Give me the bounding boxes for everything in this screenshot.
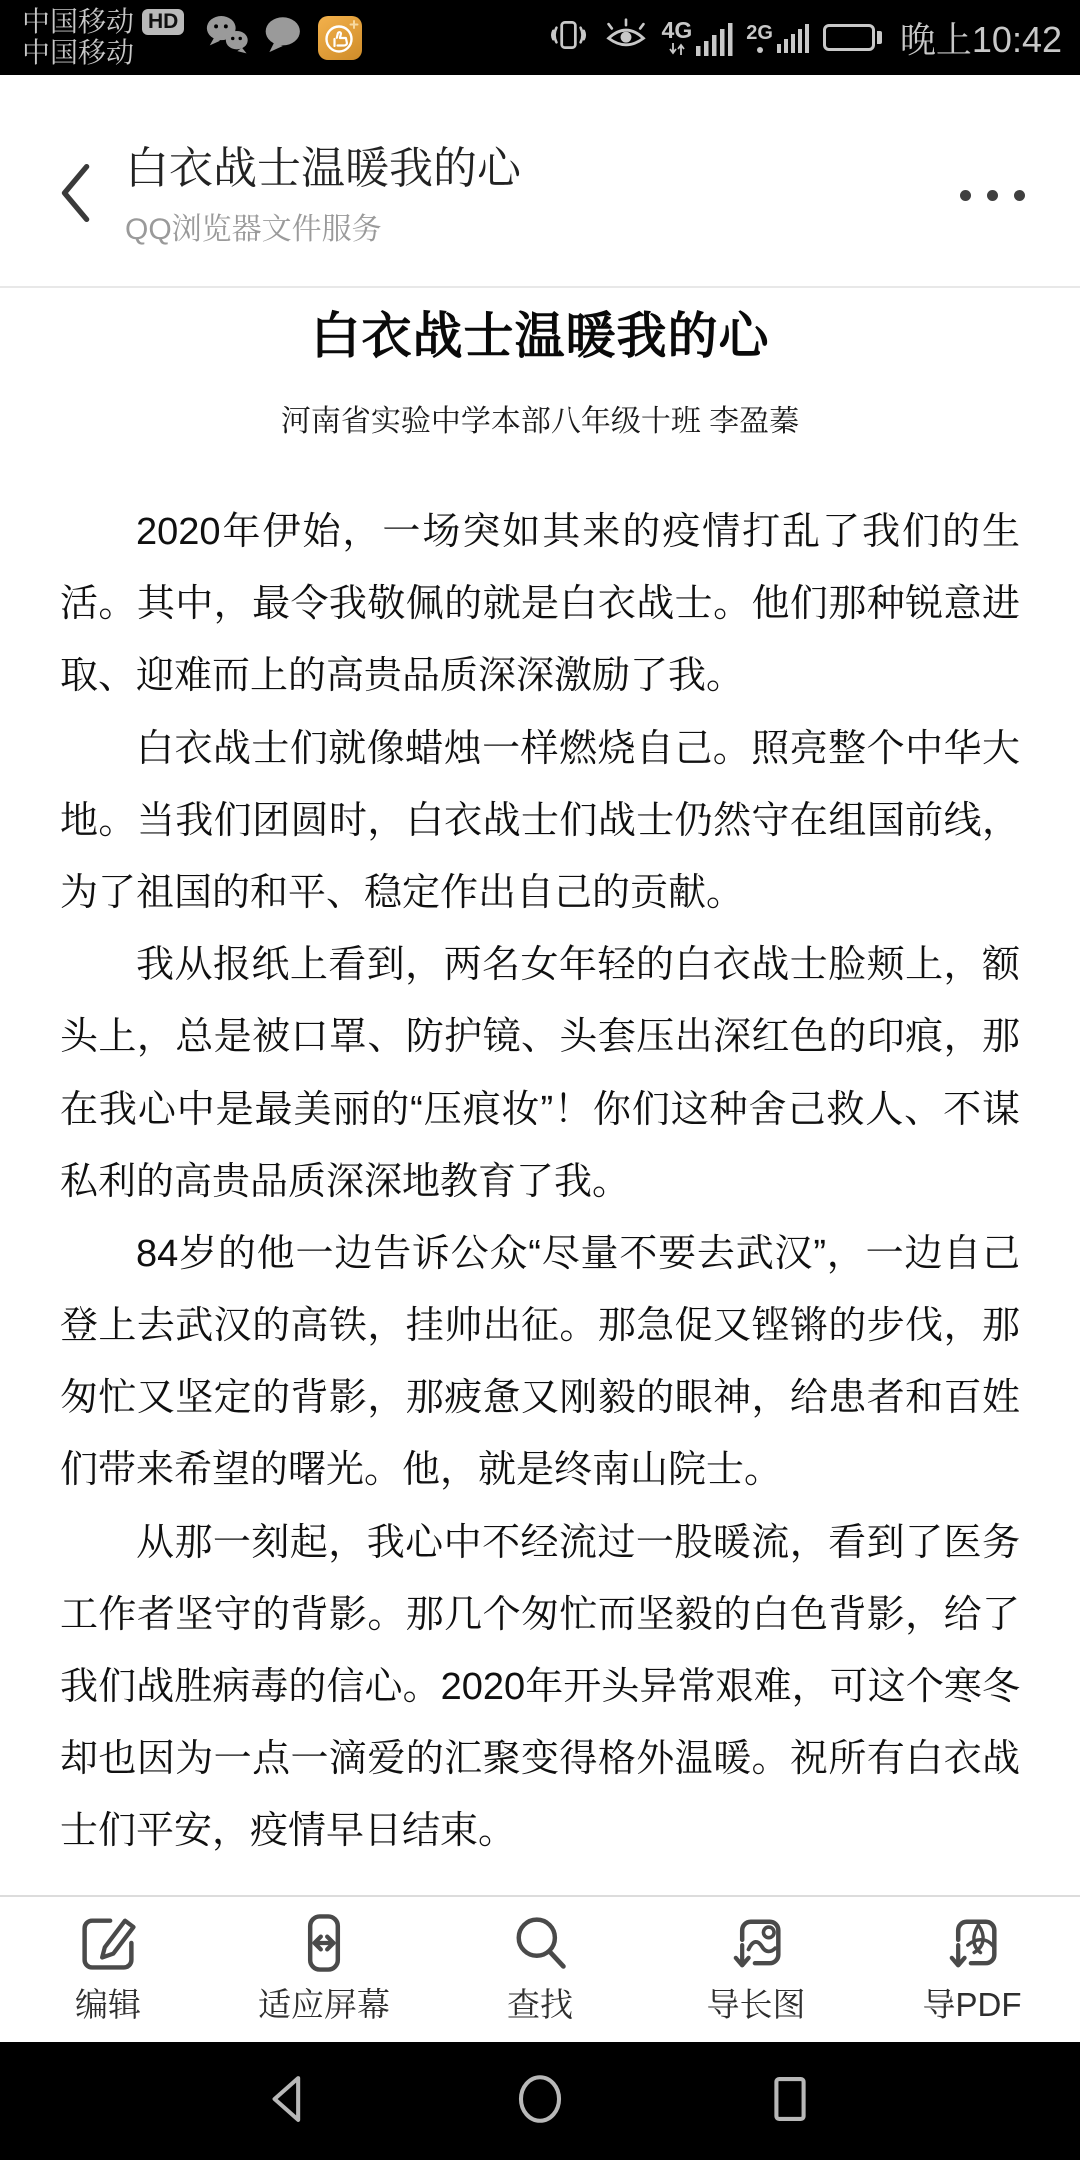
document-body: 2020年伊始，一场突如其来的疫情打乱了我们的生活。其中，最令我敬佩的就是白衣战… bbox=[60, 496, 1020, 1868]
nav-recents-button[interactable] bbox=[758, 2069, 822, 2133]
android-nav-bar bbox=[0, 2042, 1080, 2160]
recents-square-icon bbox=[761, 2070, 819, 2133]
fit-screen-icon bbox=[290, 1909, 358, 1977]
paragraph: 白衣战士们就像蜡烛一样燃烧自己。照亮整个中华大地。当我们团圆时，白衣战士们战士仍… bbox=[60, 713, 1020, 930]
paragraph: 我从报纸上看到，两名女年轻的白衣战士脸颊上，额头上，总是被口罩、防护镜、头套压出… bbox=[60, 929, 1020, 1218]
home-circle-icon bbox=[511, 2070, 569, 2133]
edit-icon bbox=[74, 1909, 142, 1977]
back-button[interactable] bbox=[55, 156, 99, 236]
paragraph: 2020年伊始，一场突如其来的疫情打乱了我们的生活。其中，最令我敬佩的就是白衣战… bbox=[60, 496, 1020, 713]
carrier-name-2: 中国移动 bbox=[22, 38, 184, 69]
edit-button[interactable]: 编辑 bbox=[0, 1897, 216, 2042]
document-viewer[interactable]: 白衣战士温暖我的心 河南省实验中学本部八年级十班 李盈蓁 2020年伊始，一场突… bbox=[0, 288, 1080, 1895]
phone-screen: 中国移动 HD 中国移动 bbox=[0, 0, 1080, 2160]
export-long-image-icon bbox=[722, 1909, 790, 1977]
nav-home-button[interactable] bbox=[508, 2069, 572, 2133]
tool-label: 适应屏幕 bbox=[258, 1979, 390, 2026]
back-chevron-icon bbox=[55, 152, 93, 239]
document-title: 白衣战士温暖我的心 bbox=[60, 296, 1020, 368]
back-triangle-icon bbox=[261, 2070, 319, 2133]
status-bar: 中国移动 HD 中国移动 bbox=[0, 0, 1080, 75]
orange-app-icon bbox=[318, 16, 362, 60]
nav-back-button[interactable] bbox=[258, 2069, 322, 2133]
battery-icon bbox=[823, 24, 882, 51]
more-dots-icon bbox=[960, 190, 971, 201]
app-header: 白衣战士温暖我的心 QQ浏览器文件服务 bbox=[0, 75, 1080, 288]
tool-label: 导PDF bbox=[923, 1979, 1022, 2026]
fit-screen-button[interactable]: 适应屏幕 bbox=[216, 1897, 432, 2042]
export-long-image-button[interactable]: 导长图 bbox=[648, 1897, 864, 2042]
find-button[interactable]: 查找 bbox=[432, 1897, 648, 2042]
search-icon bbox=[506, 1909, 574, 1977]
eye-comfort-icon bbox=[602, 14, 650, 61]
status-time: 晚上10:42 bbox=[900, 12, 1062, 63]
tool-label: 导长图 bbox=[707, 1979, 806, 2026]
tool-label: 编辑 bbox=[75, 1979, 141, 2026]
bottom-toolbar: 编辑 适应屏幕 查找 bbox=[0, 1895, 1080, 2042]
tool-label: 查找 bbox=[507, 1979, 573, 2026]
hd-badge: HD bbox=[142, 9, 184, 35]
more-menu-button[interactable] bbox=[940, 170, 1025, 221]
export-pdf-icon bbox=[938, 1909, 1006, 1977]
document-author: 河南省实验中学本部八年级十班 李盈蓁 bbox=[60, 396, 1020, 440]
paragraph: 从那一刻起，我心中不经流过一股暖流，看到了医务工作者坚守的背影。那几个匆忙而坚毅… bbox=[60, 1507, 1020, 1868]
page-subtitle: QQ浏览器文件服务 bbox=[125, 204, 940, 248]
signal-2g-icon: 2G bbox=[746, 23, 811, 53]
page-title: 白衣战士温暖我的心 bbox=[125, 143, 940, 196]
export-pdf-button[interactable]: 导PDF bbox=[864, 1897, 1080, 2042]
signal-4g-icon: 4G bbox=[662, 19, 735, 56]
sms-bubble-icon bbox=[262, 15, 306, 60]
carrier-name-1: 中国移动 bbox=[22, 7, 134, 38]
wechat-icon bbox=[204, 15, 250, 60]
vibrate-icon bbox=[546, 14, 590, 61]
paragraph: 84岁的他一边告诉公众“尽量不要去武汉”，一边自己登上去武汉的高铁，挂帅出征。那… bbox=[60, 1218, 1020, 1507]
